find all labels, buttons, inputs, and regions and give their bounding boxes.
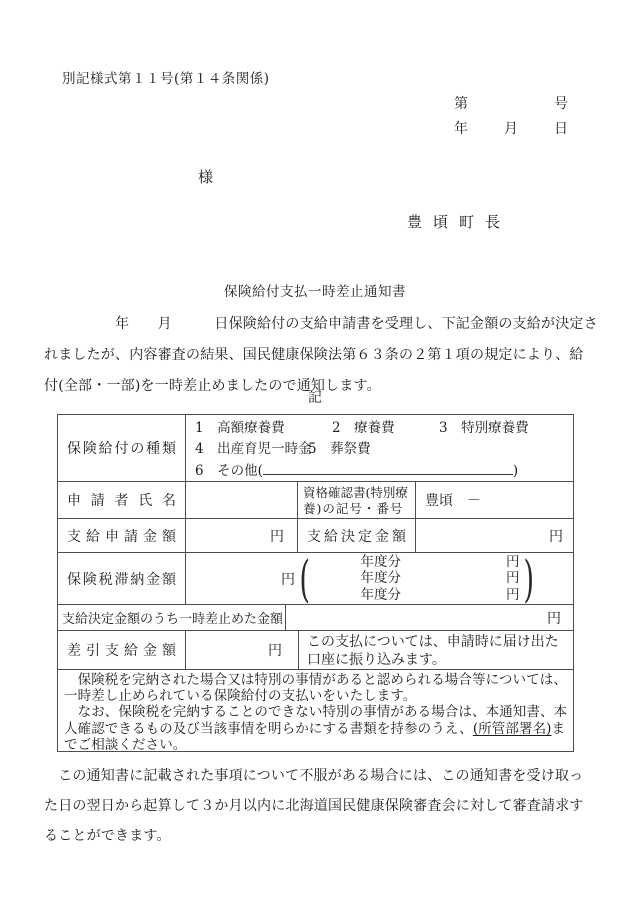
decided-amount-value-cell: 円: [416, 519, 573, 552]
year-portion-label: 年度分: [360, 554, 401, 571]
notes-line4-pre: 人確認できるもの及び当該事情を明らかにする書類を持参のうえ、: [64, 721, 473, 737]
payment-note-line2: 口座に振り込みます。: [307, 651, 566, 669]
appeal-line: ることができます。: [44, 821, 592, 851]
notes-line: なお、保険税を完納することのできない特別の事情がある場合は、本通知書、本: [64, 704, 567, 720]
form-reference: 別記様式第１１号(第１４条関係): [62, 67, 270, 87]
arrears-label: 保険税滞納金額: [58, 569, 185, 589]
cert-label-line2: 養)の記号・番号: [303, 501, 411, 517]
arrears-year-row: 年度分 円: [360, 587, 519, 604]
appeal-paragraph: この通知書に記載された事項について不服がある場合には、この通知書を受け取っ た日…: [44, 761, 592, 851]
request-amount-label: 支給申請金額: [58, 526, 185, 546]
benefit-options-line1: 1 高額療養費2 療養費3 特別療養費: [195, 418, 573, 439]
notes-line: でご相談ください。: [64, 737, 567, 753]
table-row-arrears: 保険税滞納金額 円 ( 年度分 円 年度分 円 年度分: [58, 552, 573, 604]
document-number-suffix: 号: [554, 93, 568, 113]
yen-unit: 円: [547, 608, 561, 628]
body-line: 年 月 日保険給付の支給申請書を受理し、下記金額の支給が決定さ: [44, 309, 592, 340]
suspended-value-cell: 円: [286, 605, 573, 630]
benefit-options-line3: 6 その他(): [195, 460, 573, 482]
table-row-net-amount: 差引支給金額 円 この支払については、申請時に届け出た 口座に振り込みます。: [58, 630, 573, 669]
appeal-line: た日の翌日から起算して３か月以内に北海道国民健康保険審査会に対して審査請求す: [44, 791, 592, 821]
yen-unit: 円: [506, 587, 520, 604]
cert-number-value: 豊頃 －: [425, 490, 481, 510]
notes-line: 一時差し止められている保険給付の支払いをいたします。: [64, 688, 567, 704]
date-year-label: 年: [454, 118, 468, 138]
arrears-year-row: 年度分 円: [360, 554, 519, 571]
bracket-open: (: [299, 557, 310, 601]
benefit-type-options-cell: 1 高額療養費2 療養費3 特別療養費 4 出産育児一時金5 葬祭費 6 その他…: [186, 415, 573, 481]
benefits-table: 保険給付の種類 1 高額療養費2 療養費3 特別療養費 4 出産育児一時金5 葬…: [57, 414, 574, 752]
payment-method-note-cell: この支払については、申請時に届け出た 口座に振り込みます。: [299, 631, 573, 669]
benefit-type-label: 保険給付の種類: [58, 438, 185, 458]
payment-note-line1: この支払については、申請時に届け出た: [307, 633, 566, 651]
yen-unit: 円: [506, 554, 520, 571]
notes-line: 保険税を完納された場合又は特別の事情があると認められる場合等については、: [64, 672, 567, 688]
applicant-label-cell: 申請者氏名: [58, 482, 186, 518]
cert-number-value-cell: 豊頃 －: [416, 482, 573, 518]
date-month-label: 月: [504, 118, 518, 138]
bracket-close: ): [524, 557, 535, 601]
suspended-label-cell: 支給決定金額のうち一時差止めた金額: [58, 605, 286, 630]
yen-unit: 円: [506, 570, 520, 587]
net-amount-label-cell: 差引支給金額: [58, 631, 186, 669]
table-row-suspended: 支給決定金額のうち一時差止めた金額 円: [58, 604, 573, 630]
net-amount-label: 差引支給金額: [58, 640, 185, 660]
request-amount-label-cell: 支給申請金額: [58, 519, 186, 552]
document-title: 保険給付支払一時差止通知書: [0, 280, 630, 300]
department-name-placeholder: (所管部署名): [473, 721, 552, 737]
applicant-name-blank: [186, 482, 298, 518]
table-row-amounts: 支給申請金額 円 支給決定金額 円: [58, 518, 573, 552]
ki-marker: 記: [0, 387, 630, 407]
table-row-applicant: 申請者氏名 資格確認書(特別療 養)の記号・番号 豊頃 －: [58, 481, 573, 518]
notes-line4-post: ま: [552, 721, 566, 737]
cert-number-label-cell: 資格確認書(特別療 養)の記号・番号: [298, 482, 416, 518]
yen-unit: 円: [281, 569, 295, 589]
addressee-honorific: 様: [198, 166, 213, 187]
date-line: 年 月 日: [454, 118, 568, 138]
arrears-label-cell: 保険税滞納金額: [58, 553, 186, 604]
benefit-option-other-blank: [263, 460, 513, 475]
document-number-line: 第 号: [454, 93, 568, 113]
appeal-line: この通知書に記載された事項について不服がある場合には、この通知書を受け取っ: [44, 761, 592, 791]
benefit-type-label-cell: 保険給付の種類: [58, 415, 186, 481]
applicant-label: 申請者氏名: [58, 490, 185, 510]
benefit-option-6: 6 その他(: [195, 463, 263, 479]
yen-unit: 円: [270, 526, 284, 546]
notice-document-page: 別記様式第１１号(第１４条関係) 第 号 年 月 日 様 豊頃町長 保険給付支払…: [0, 0, 630, 903]
notes-box: 保険税を完納された場合又は特別の事情があると認められる場合等については、 一時差…: [58, 670, 573, 751]
benefit-option-3: 3 特別療養費: [439, 420, 529, 436]
issuer-title: 豊頃町長: [407, 211, 511, 232]
suspended-label: 支給決定金額のうち一時差止めた金額: [62, 608, 283, 627]
arrears-value-cell: 円 ( 年度分 円 年度分 円 年度分 円 ): [186, 553, 573, 604]
table-row-notes: 保険税を完納された場合又は特別の事情があると認められる場合等については、 一時差…: [58, 669, 573, 751]
benefit-option-4: 4 出産育児一時金: [195, 439, 308, 460]
document-number-prefix: 第: [454, 93, 468, 113]
arrears-year-row: 年度分 円: [360, 570, 519, 587]
yen-unit: 円: [268, 640, 282, 660]
benefit-option-2: 2 療養費: [332, 418, 439, 439]
benefit-options-line2: 4 出産育児一時金5 葬祭費: [195, 439, 573, 460]
benefit-option-1: 1 高額療養費: [195, 418, 332, 439]
request-amount-value-cell: 円: [186, 519, 298, 552]
cert-label-line1: 資格確認書(特別療: [303, 485, 411, 501]
year-portion-label: 年度分: [360, 570, 401, 587]
decided-amount-label-cell: 支給決定金額: [298, 519, 416, 552]
table-row-benefit-type: 保険給付の種類 1 高額療養費2 療養費3 特別療養費 4 出産育児一時金5 葬…: [58, 415, 573, 481]
yen-unit: 円: [549, 526, 563, 546]
benefit-option-6-close: ): [513, 463, 518, 479]
body-line: れましたが、内容審査の結果、国民健康保険法第６３条の２第１項の規定により、給: [44, 340, 592, 371]
decided-amount-label: 支給決定金額: [298, 526, 415, 546]
notes-line: 人確認できるもの及び当該事情を明らかにする書類を持参のうえ、(所管部署名)ま: [64, 721, 567, 737]
net-amount-value-cell: 円: [186, 631, 299, 669]
date-day-label: 日: [554, 118, 568, 138]
benefit-option-5: 5 葬祭費: [308, 441, 371, 457]
arrears-year-breakdown: 年度分 円 年度分 円 年度分 円: [314, 554, 519, 604]
year-portion-label: 年度分: [360, 587, 401, 604]
